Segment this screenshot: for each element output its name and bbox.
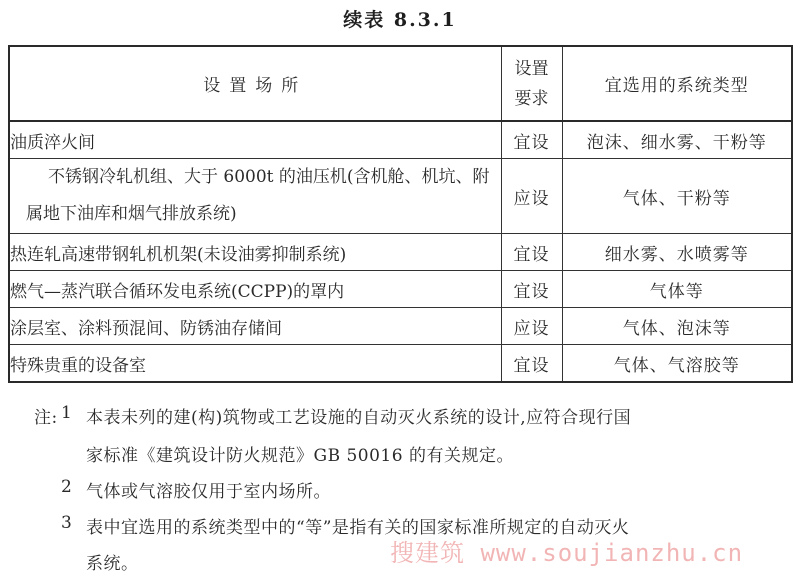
notes-prefix: 注: <box>34 403 58 428</box>
header-place: 设置场所 <box>9 46 501 121</box>
table-row: 不锈钢冷轧机组、大于 6000t 的油压机(含机舱、机坑、附属地下油库和烟气排放… <box>9 159 792 234</box>
table-row: 特殊贵重的设备室 宜设 气体、气溶胶等 <box>9 345 792 383</box>
header-requirement-line1: 设置 <box>502 54 562 84</box>
cell-place: 燃气—蒸汽联合循环发电系统(CCPP)的罩内 <box>9 271 501 308</box>
table-row: 涂层室、涂料预混间、防锈油存储间 应设 气体、泡沫等 <box>9 308 792 345</box>
note-1-number: 1 <box>61 403 72 423</box>
cell-system-type: 气体等 <box>562 271 792 308</box>
cell-system-type: 细水雾、水喷雾等 <box>562 234 792 271</box>
note-3-number: 3 <box>61 513 72 533</box>
cell-place: 油质淬火间 <box>9 121 501 159</box>
watermark: 搜建筑 www.soujianzhu.cn <box>390 533 743 568</box>
cell-requirement: 应设 <box>501 159 562 234</box>
cell-system-type: 气体、泡沫等 <box>562 308 792 345</box>
cell-place: 不锈钢冷轧机组、大于 6000t 的油压机(含机舱、机坑、附属地下油库和烟气排放… <box>9 159 501 234</box>
cell-requirement: 宜设 <box>501 234 562 271</box>
cell-place: 特殊贵重的设备室 <box>9 345 501 383</box>
note-2-number: 2 <box>61 477 72 497</box>
note-1-line2: 家标准《建筑设计防火规范》GB 50016 的有关规定。 <box>86 441 514 466</box>
table-title: 续表 8.3.1 <box>0 5 800 32</box>
cell-place: 涂层室、涂料预混间、防锈油存储间 <box>9 308 501 345</box>
cell-system-type: 气体、干粉等 <box>562 159 792 234</box>
table-header-row: 设置场所 设置 要求 宜选用的系统类型 <box>9 46 792 121</box>
table-row: 热连轧高速带钢轧机机架(未设油雾抑制系统) 宜设 细水雾、水喷雾等 <box>9 234 792 271</box>
table-row: 油质淬火间 宜设 泡沫、细水雾、干粉等 <box>9 121 792 159</box>
cell-requirement: 宜设 <box>501 121 562 159</box>
cell-requirement: 宜设 <box>501 345 562 383</box>
cell-requirement: 应设 <box>501 308 562 345</box>
cell-requirement: 宜设 <box>501 271 562 308</box>
fire-extinguishing-system-table: 设置场所 设置 要求 宜选用的系统类型 油质淬火间 宜设 泡沫、细水雾、干粉等 … <box>8 45 793 383</box>
cell-system-type: 泡沫、细水雾、干粉等 <box>562 121 792 159</box>
table-row: 燃气—蒸汽联合循环发电系统(CCPP)的罩内 宜设 气体等 <box>9 271 792 308</box>
cell-system-type: 气体、气溶胶等 <box>562 345 792 383</box>
note-1-line1: 本表未列的建(构)筑物或工艺设施的自动灭火系统的设计,应符合现行国 <box>86 403 631 428</box>
cell-place: 热连轧高速带钢轧机机架(未设油雾抑制系统) <box>9 234 501 271</box>
header-requirement: 设置 要求 <box>501 46 562 121</box>
header-requirement-line2: 要求 <box>502 84 562 114</box>
note-2-line1: 气体或气溶胶仅用于室内场所。 <box>86 477 331 502</box>
header-system-type: 宜选用的系统类型 <box>562 46 792 121</box>
note-3-line2: 系统。 <box>86 549 139 574</box>
